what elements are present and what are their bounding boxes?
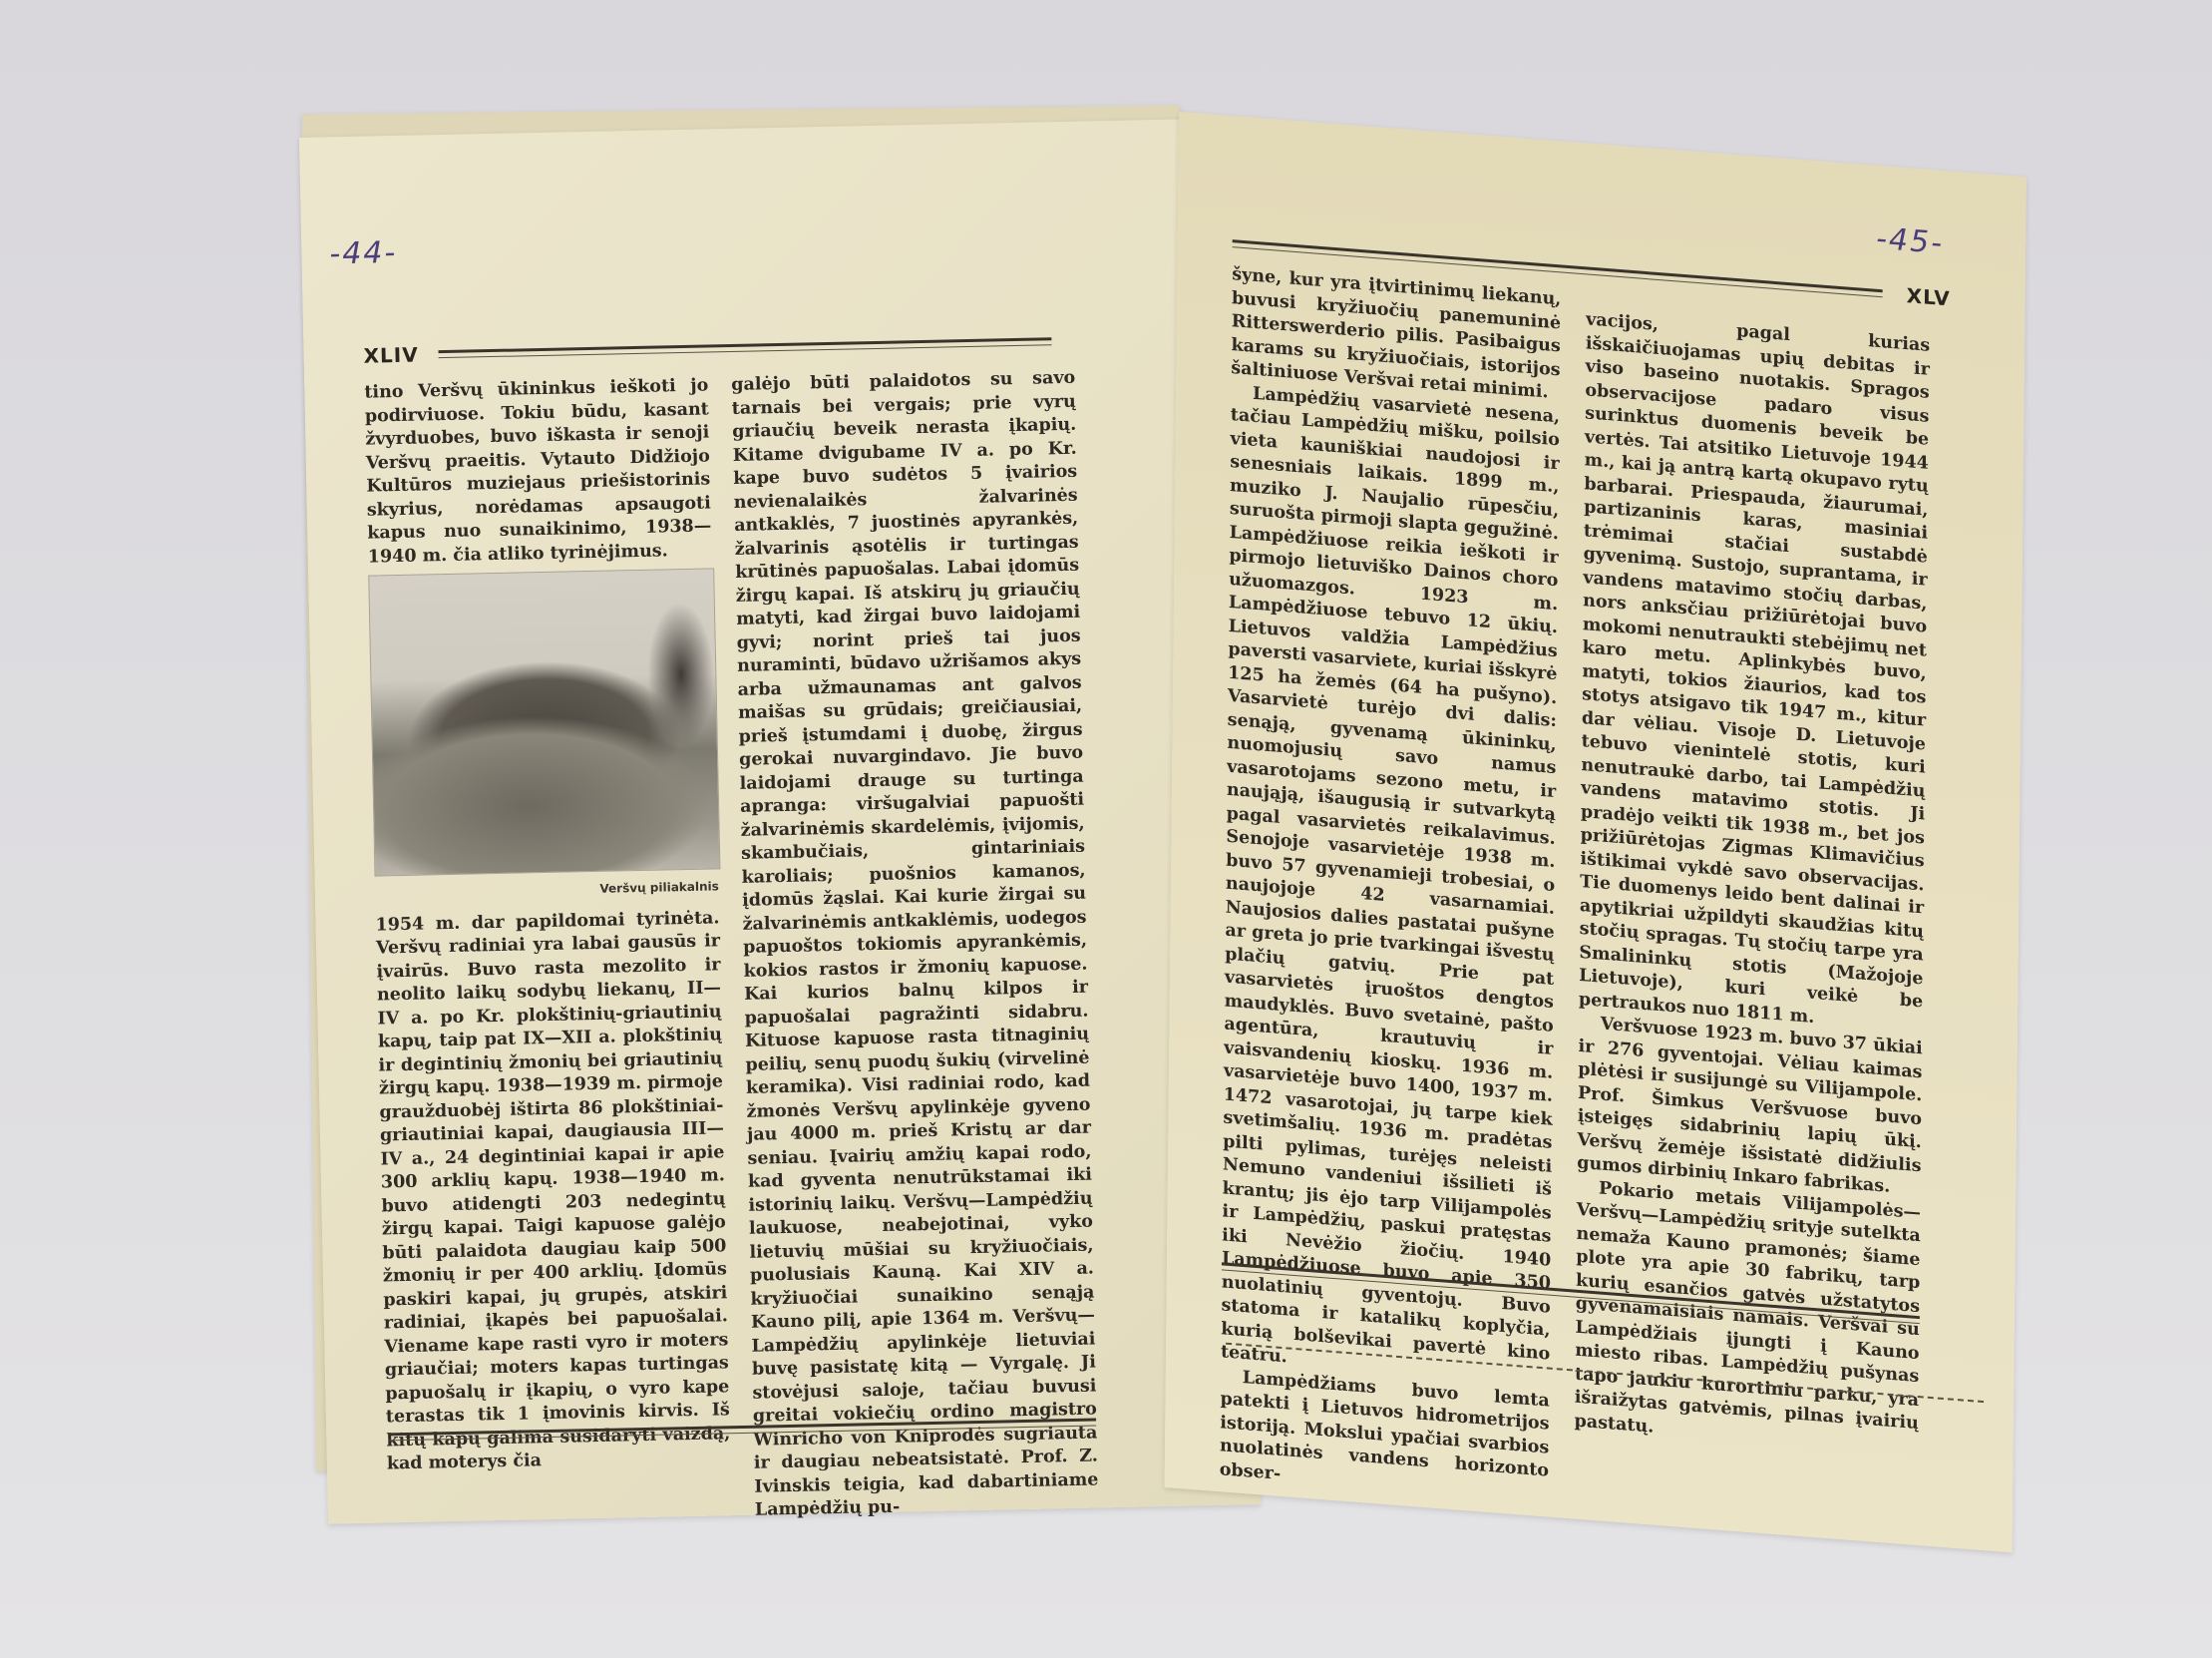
paragraph: tino Veršvų ūkininkus ieškoti jo podirvi… [364, 374, 712, 569]
section-number: XLV [1907, 283, 1951, 310]
photo-caption: Veršvų piliakalnis [375, 875, 719, 906]
header-rule [439, 337, 1052, 358]
paragraph: Lampėdžių vasarvietė nesena, tačiau Lamp… [1221, 381, 1560, 1391]
page-header: XLIV [363, 329, 1051, 367]
left-page: -44- XLIV tino Veršvų ūkininkus ieškoti … [299, 118, 1261, 1523]
section-number: XLIV [363, 343, 419, 368]
left-column-1: tino Veršvų ūkininkus ieškoti jo podirvi… [364, 374, 731, 1475]
handwritten-page-number: -44- [329, 235, 398, 271]
left-column-2: galėjo būti palaidotos su savo tarnais b… [731, 367, 1099, 1522]
hillfort-photo [368, 568, 720, 876]
right-column-2: vacijos, pagal kurias išskaičiuojamas up… [1574, 308, 1930, 1459]
right-column-1: šyne, kur yra įtvirtinimų liekanų, buvus… [1220, 263, 1562, 1506]
paragraph: 1954 m. dar papildomai tyrinėta. Veršvų … [375, 907, 731, 1476]
paragraph: Veršvuose 1923 m. buvo 37 ūkiai ir 276 g… [1577, 1012, 1923, 1202]
paragraph: galėjo būti palaidotos su savo tarnais b… [731, 367, 1099, 1522]
right-page: -45- XLV šyne, kur yra įtvirtinimų lieka… [1165, 112, 2027, 1552]
paragraph: Lampėdžiams buvo lemta patekti į Lietuvo… [1220, 1365, 1550, 1507]
handwritten-page-number: -45- [1876, 221, 1944, 261]
paragraph: vacijos, pagal kurias išskaičiuojamas up… [1579, 308, 1930, 1037]
